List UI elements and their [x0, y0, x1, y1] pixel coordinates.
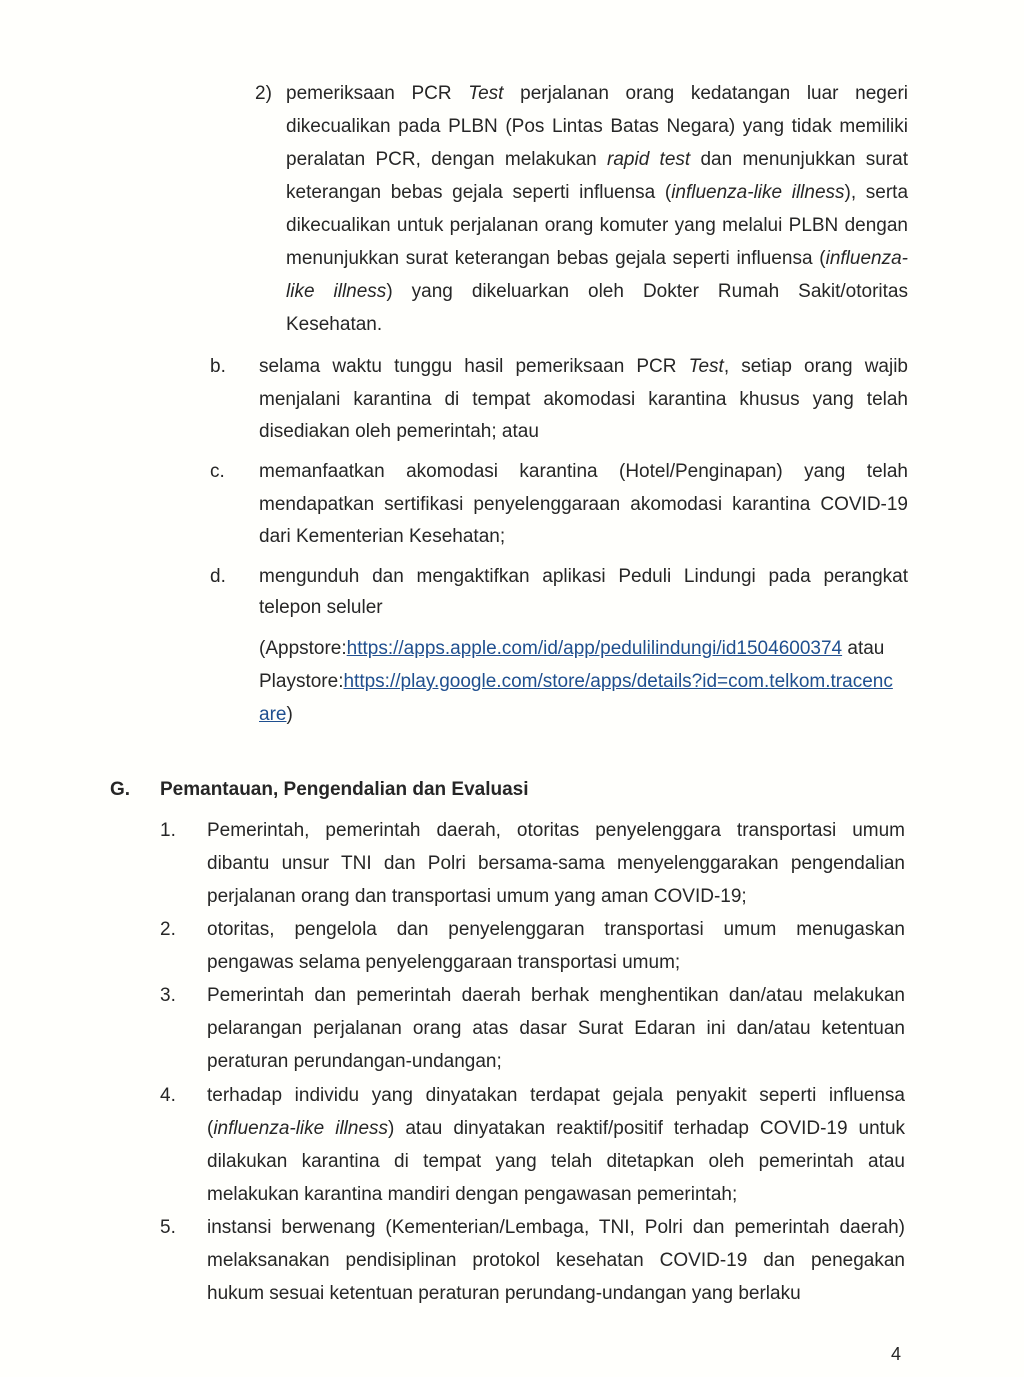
section-g-marker-2: 2.	[160, 919, 176, 941]
list-marker-b: b.	[210, 356, 226, 378]
playstore-line: Playstore:https://play.google.com/store/…	[259, 671, 893, 693]
item-2-line: keterangan bebas gejala seperti influens…	[286, 182, 908, 204]
item-b-line: selama waktu tunggu hasil pemeriksaan PC…	[259, 356, 908, 378]
item-2-line: menunjukkan surat keterangan bebas gejal…	[286, 248, 908, 270]
item-b-line: menjalani karantina di tempat akomodasi …	[259, 389, 908, 411]
item-2-line: pemeriksaan PCR Test perjalanan orang ke…	[286, 83, 908, 105]
italic-term: influenza-like illness	[213, 1118, 388, 1139]
section-g-item-1-line: Pemerintah, pemerintah daerah, otoritas …	[207, 820, 905, 842]
section-g-item-4-line: dilakukan karantina di tempat yang telah…	[207, 1151, 905, 1173]
item-2-line: peralatan PCR, dengan melakukan rapid te…	[286, 149, 908, 171]
appstore-label: (Appstore:	[259, 638, 347, 659]
section-g-item-3-line: pelarangan perjalanan orang atas dasar S…	[207, 1018, 905, 1040]
item-d-line: mengunduh dan mengaktifkan aplikasi Pedu…	[259, 566, 908, 588]
section-g-item-4-line: melakukan karantina mandiri dengan penga…	[207, 1184, 737, 1206]
page-number: 4	[891, 1344, 901, 1365]
section-g-item-2-line: pengawas selama penyelenggaraan transpor…	[207, 952, 680, 974]
section-g-marker: G.	[110, 779, 130, 801]
playstore-line-2: are)	[259, 704, 293, 726]
italic-term: Test	[468, 83, 503, 104]
section-g-item-5-line: hukum sesuai ketentuan peraturan perunda…	[207, 1283, 801, 1305]
item-d-line: telepon seluler	[259, 597, 383, 619]
playstore-link[interactable]: https://play.google.com/store/apps/detai…	[343, 671, 892, 692]
list-marker-c: c.	[210, 461, 225, 483]
item-c-line: dari Kementerian Kesehatan;	[259, 526, 505, 548]
italic-term: rapid test	[607, 149, 690, 170]
item-2-line: Kesehatan.	[286, 314, 382, 336]
item-2-line: dikecualikan untuk perjalanan orang komu…	[286, 215, 908, 237]
section-g-item-3-line: peraturan perundangan-undangan;	[207, 1051, 502, 1073]
section-g-marker-3: 3.	[160, 985, 176, 1007]
section-g-item-5-line: instansi berwenang (Kementerian/Lembaga,…	[207, 1217, 905, 1239]
section-g-item-3-line: Pemerintah dan pemerintah daerah berhak …	[207, 985, 905, 1007]
section-g-marker-5: 5.	[160, 1217, 176, 1239]
item-b-line: disediakan oleh pemerintah; atau	[259, 421, 539, 443]
appstore-line: (Appstore:https://apps.apple.com/id/app/…	[259, 638, 884, 660]
item-2-line: like illness) yang dikeluarkan oleh Dokt…	[286, 281, 908, 303]
section-g-item-1-line: dibantu unsur TNI dan Polri bersama-sama…	[207, 853, 905, 875]
italic-term: influenza-	[826, 248, 908, 269]
playstore-suffix: )	[286, 704, 292, 725]
italic-term: influenza-like illness	[671, 182, 844, 203]
item-c-line: memanfaatkan akomodasi karantina (Hotel/…	[259, 461, 908, 483]
list-marker-2: 2)	[255, 83, 272, 105]
section-g-item-4-line: terhadap individu yang dinyatakan terdap…	[207, 1085, 905, 1107]
section-g-item-1-line: perjalanan orang dan transportasi umum y…	[207, 886, 747, 908]
item-c-line: mendapatkan sertifikasi penyelenggaraan …	[259, 494, 908, 516]
italic-term: Test	[689, 356, 724, 377]
section-g-item-2-line: otoritas, pengelola dan penyelenggaran t…	[207, 919, 905, 941]
italic-term: like illness	[286, 281, 386, 302]
list-marker-d: d.	[210, 566, 226, 588]
section-g-marker-1: 1.	[160, 820, 176, 842]
appstore-link[interactable]: https://apps.apple.com/id/app/pedulilind…	[347, 638, 842, 659]
section-g-marker-4: 4.	[160, 1085, 176, 1107]
appstore-suffix: atau	[842, 638, 884, 659]
section-g-title: Pemantauan, Pengendalian dan Evaluasi	[160, 779, 529, 801]
playstore-label: Playstore:	[259, 671, 343, 692]
playstore-link-continued[interactable]: are	[259, 704, 286, 725]
section-g-item-5-line: melaksanakan pendisiplinan protokol kese…	[207, 1250, 905, 1272]
item-2-line: dikecualikan pada PLBN (Pos Lintas Batas…	[286, 116, 908, 138]
document-page: 2)pemeriksaan PCR Test perjalanan orang …	[0, 0, 1024, 1377]
section-g-item-4-line: (influenza-like illness) atau dinyatakan…	[207, 1118, 905, 1140]
